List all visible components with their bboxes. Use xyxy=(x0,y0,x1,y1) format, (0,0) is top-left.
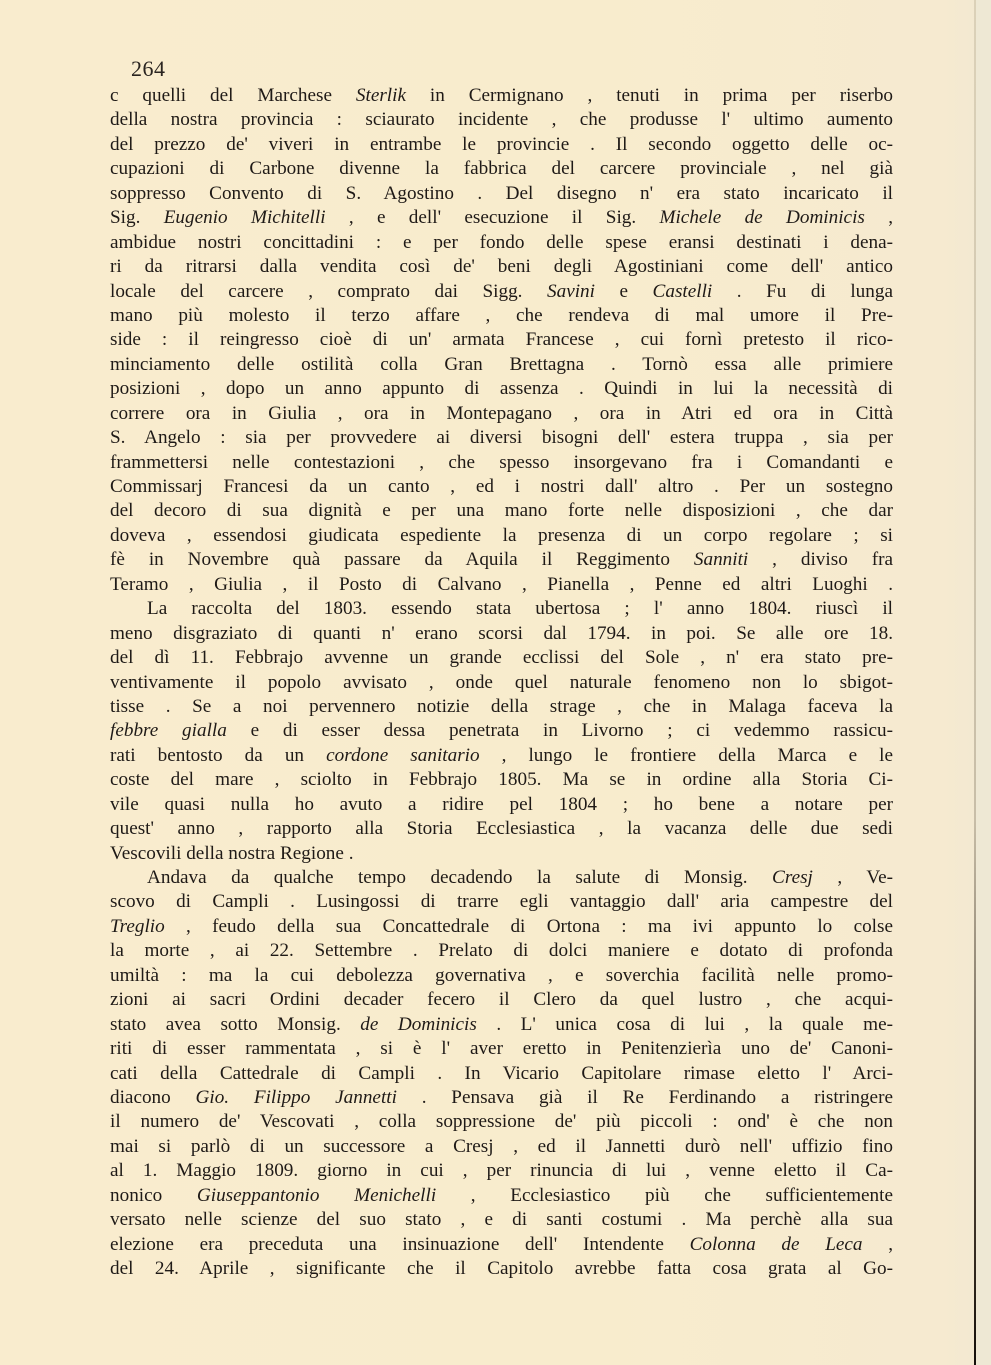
text-line: Sig. Eugenio Michitelli , e dell' esecuz… xyxy=(110,206,893,230)
text-segment: della nostra provincia : sciaurato incid… xyxy=(110,109,893,130)
text-segment: locale del carcere , comprato dai Sigg. xyxy=(110,281,547,302)
text-segment: side : il reingresso cioè di un' armata … xyxy=(110,329,893,350)
text-line: La raccolta del 1803. essendo stata uber… xyxy=(110,597,893,621)
text-segment: il numero de' Vescovati , colla soppress… xyxy=(110,1111,893,1132)
text-segment: cupazioni di Carbone divenne la fabbrica… xyxy=(110,158,893,179)
text-line: del prezzo de' viveri in entrambe le pro… xyxy=(110,133,893,157)
text-segment: scovo di Campli . Lusingossi di trarre e… xyxy=(110,891,893,912)
text-segment: . Fu di lunga xyxy=(712,281,893,302)
text-segment: correre ora in Giulia , ora in Montepaga… xyxy=(110,403,893,424)
text-segment: , Ve- xyxy=(813,867,893,888)
text-line: Andava da qualche tempo decadendo la sal… xyxy=(110,866,893,890)
text-segment: del 24. Aprile , significante che il Cap… xyxy=(110,1258,893,1279)
text-segment: zioni ai sacri Ordini decader fecero il … xyxy=(110,989,893,1010)
italic-name: cordone sanitario xyxy=(326,745,480,766)
page-edge-strip xyxy=(976,0,991,1365)
text-line: tisse . Se a noi pervennero notizie dell… xyxy=(110,695,893,719)
italic-name: Cresj xyxy=(772,867,813,888)
text-segment: Andava da qualche tempo decadendo la sal… xyxy=(147,867,772,888)
italic-name: Savini xyxy=(547,281,595,302)
text-segment: diacono xyxy=(110,1087,196,1108)
text-line: del dì 11. Febbrajo avvenne un grande ec… xyxy=(110,646,893,670)
book-page: 264 c quelli del Marchese Sterlik in Cer… xyxy=(0,0,991,1365)
italic-name: Treglio xyxy=(110,916,165,937)
text-line: correre ora in Giulia , ora in Montepaga… xyxy=(110,402,893,426)
text-segment: . L' unica cosa di lui , la quale me- xyxy=(477,1014,893,1035)
text-segment: del prezzo de' viveri in entrambe le pro… xyxy=(110,134,893,155)
text-segment: , e dell' esecuzione il Sig. xyxy=(326,207,660,228)
text-segment: e xyxy=(595,281,653,302)
text-segment: , xyxy=(863,1234,894,1255)
text-segment: fè in Novembre quà passare da Aquila il … xyxy=(110,549,694,570)
text-line: Vescovili della nostra Regione . xyxy=(110,842,893,866)
text-line: fè in Novembre quà passare da Aquila il … xyxy=(110,548,893,572)
text-line: rati bentosto da un cordone sanitario , … xyxy=(110,744,893,768)
text-segment: Teramo , Giulia , il Posto di Calvano , … xyxy=(110,574,893,595)
italic-name: Sanniti xyxy=(694,549,748,570)
text-line: scovo di Campli . Lusingossi di trarre e… xyxy=(110,890,893,914)
text-line: del decoro di sua dignità e per una mano… xyxy=(110,499,893,523)
body-text: c quelli del Marchese Sterlik in Cermign… xyxy=(110,84,893,1281)
text-line: cati della Cattedrale di Campli . In Vic… xyxy=(110,1062,893,1086)
text-line: ri da ritrarsi dalla vendita così de' be… xyxy=(110,255,893,279)
text-segment: ambidue nostri concittadini : e per fond… xyxy=(110,232,893,253)
text-segment: , diviso fra xyxy=(748,549,893,570)
text-segment: la morte , ai 22. Settembre . Prelato di… xyxy=(110,940,893,961)
text-line: Treglio , feudo della sua Concattedrale … xyxy=(110,915,893,939)
text-line: vile quasi nulla ho avuto a ridire pel 1… xyxy=(110,793,893,817)
text-segment: rati bentosto da un xyxy=(110,745,326,766)
text-segment: nonico xyxy=(110,1185,197,1206)
text-segment: elezione era preceduta una insinuazione … xyxy=(110,1234,690,1255)
italic-name: Michele de Dominicis xyxy=(659,207,864,228)
text-segment: . Pensava già il Re Ferdinando a ristrin… xyxy=(397,1087,893,1108)
text-line: doveva , essendosi giudicata espediente … xyxy=(110,524,893,548)
text-line: al 1. Maggio 1809. giorno in cui , per r… xyxy=(110,1159,893,1183)
text-segment: mai si parlò di un successore a Cresj , … xyxy=(110,1136,893,1157)
text-line: la morte , ai 22. Settembre . Prelato di… xyxy=(110,939,893,963)
text-segment: del dì 11. Febbrajo avvenne un grande ec… xyxy=(110,647,893,668)
text-segment: ri da ritrarsi dalla vendita così de' be… xyxy=(110,256,893,277)
text-segment: Sig. xyxy=(110,207,164,228)
text-line: della nostra provincia : sciaurato incid… xyxy=(110,108,893,132)
text-line: mano più molesto il terzo affare , che r… xyxy=(110,304,893,328)
text-segment: , xyxy=(865,207,893,228)
text-line: stato avea sotto Monsig. de Dominicis . … xyxy=(110,1013,893,1037)
text-segment: , lungo le frontiere della Marca e le xyxy=(480,745,893,766)
text-line: zioni ai sacri Ordini decader fecero il … xyxy=(110,988,893,1012)
text-segment: umiltà : ma la cui debolezza governativa… xyxy=(110,965,893,986)
italic-name: de Dominicis xyxy=(360,1014,477,1035)
text-line: elezione era preceduta una insinuazione … xyxy=(110,1233,893,1257)
text-segment: Vescovili della nostra Regione . xyxy=(110,843,354,864)
italic-name: Eugenio Michitelli xyxy=(164,207,326,228)
text-segment: Commissarj Francesi da un canto , ed i n… xyxy=(110,476,893,497)
text-line: locale del carcere , comprato dai Sigg. … xyxy=(110,280,893,304)
italic-name: Castelli xyxy=(653,281,713,302)
italic-name: febbre gialla xyxy=(110,720,227,741)
text-segment: minciamento delle ostilità colla Gran Br… xyxy=(110,354,893,375)
text-line: posizioni , dopo un anno appunto di asse… xyxy=(110,377,893,401)
text-segment: e di esser dessa penetrata in Livorno ; … xyxy=(227,720,893,741)
text-segment: cati della Cattedrale di Campli . In Vic… xyxy=(110,1063,893,1084)
text-line: il numero de' Vescovati , colla soppress… xyxy=(110,1110,893,1134)
text-segment: , feudo della sua Concattedrale di Orton… xyxy=(165,916,893,937)
text-segment: quest' anno , rapporto alla Storia Eccle… xyxy=(110,818,893,839)
text-segment: frammettersi nelle contestazioni , che s… xyxy=(110,452,893,473)
text-line: soppresso Convento di S. Agostino . Del … xyxy=(110,182,893,206)
text-line: riti di esser rammentata , si è l' aver … xyxy=(110,1037,893,1061)
text-segment: in Cermignano , tenuti in prima per rise… xyxy=(406,85,893,106)
text-segment: posizioni , dopo un anno appunto di asse… xyxy=(110,378,893,399)
italic-name: Colonna de Leca xyxy=(690,1234,863,1255)
text-line: coste del mare , sciolto in Febbrajo 180… xyxy=(110,768,893,792)
text-segment: c quelli del Marchese xyxy=(110,85,356,106)
text-line: Commissarj Francesi da un canto , ed i n… xyxy=(110,475,893,499)
text-segment: coste del mare , sciolto in Febbrajo 180… xyxy=(110,769,893,790)
text-line: quest' anno , rapporto alla Storia Eccle… xyxy=(110,817,893,841)
text-segment: mano più molesto il terzo affare , che r… xyxy=(110,305,893,326)
text-segment: al 1. Maggio 1809. giorno in cui , per r… xyxy=(110,1160,893,1181)
text-segment: vile quasi nulla ho avuto a ridire pel 1… xyxy=(110,794,893,815)
text-line: Teramo , Giulia , il Posto di Calvano , … xyxy=(110,573,893,597)
text-segment: tisse . Se a noi pervennero notizie dell… xyxy=(110,696,893,717)
text-line: side : il reingresso cioè di un' armata … xyxy=(110,328,893,352)
italic-name: Sterlik xyxy=(356,85,406,106)
page-edge-shadow xyxy=(974,0,976,1365)
text-line: S. Angelo : sia per provvedere ai divers… xyxy=(110,426,893,450)
text-line: c quelli del Marchese Sterlik in Cermign… xyxy=(110,84,893,108)
text-line: febbre gialla e di esser dessa penetrata… xyxy=(110,719,893,743)
text-line: versato nelle scienze del suo stato , e … xyxy=(110,1208,893,1232)
text-segment: La raccolta del 1803. essendo stata uber… xyxy=(147,598,893,619)
text-segment: meno disgraziato di quanti n' erano scor… xyxy=(110,623,893,644)
text-line: ambidue nostri concittadini : e per fond… xyxy=(110,231,893,255)
text-segment: S. Angelo : sia per provvedere ai divers… xyxy=(110,427,893,448)
text-segment: stato avea sotto Monsig. xyxy=(110,1014,360,1035)
text-line: del 24. Aprile , significante che il Cap… xyxy=(110,1257,893,1281)
text-segment: ventivamente il popolo avvisato , onde q… xyxy=(110,672,893,693)
italic-name: Gio. Filippo Jannetti xyxy=(196,1087,397,1108)
text-line: umiltà : ma la cui debolezza governativa… xyxy=(110,964,893,988)
page-number: 264 xyxy=(131,56,166,82)
text-line: frammettersi nelle contestazioni , che s… xyxy=(110,451,893,475)
text-line: meno disgraziato di quanti n' erano scor… xyxy=(110,622,893,646)
text-line: diacono Gio. Filippo Jannetti . Pensava … xyxy=(110,1086,893,1110)
text-segment: riti di esser rammentata , si è l' aver … xyxy=(110,1038,893,1059)
text-line: minciamento delle ostilità colla Gran Br… xyxy=(110,353,893,377)
italic-name: Giuseppantonio Menichelli xyxy=(197,1185,436,1206)
text-line: ventivamente il popolo avvisato , onde q… xyxy=(110,671,893,695)
text-segment: del decoro di sua dignità e per una mano… xyxy=(110,500,893,521)
text-segment: , Ecclesiastico più che sufficientemente xyxy=(436,1185,893,1206)
text-segment: doveva , essendosi giudicata espediente … xyxy=(110,525,893,546)
text-segment: soppresso Convento di S. Agostino . Del … xyxy=(110,183,893,204)
text-segment: versato nelle scienze del suo stato , e … xyxy=(110,1209,893,1230)
text-line: cupazioni di Carbone divenne la fabbrica… xyxy=(110,157,893,181)
text-line: nonico Giuseppantonio Menichelli , Eccle… xyxy=(110,1184,893,1208)
text-line: mai si parlò di un successore a Cresj , … xyxy=(110,1135,893,1159)
